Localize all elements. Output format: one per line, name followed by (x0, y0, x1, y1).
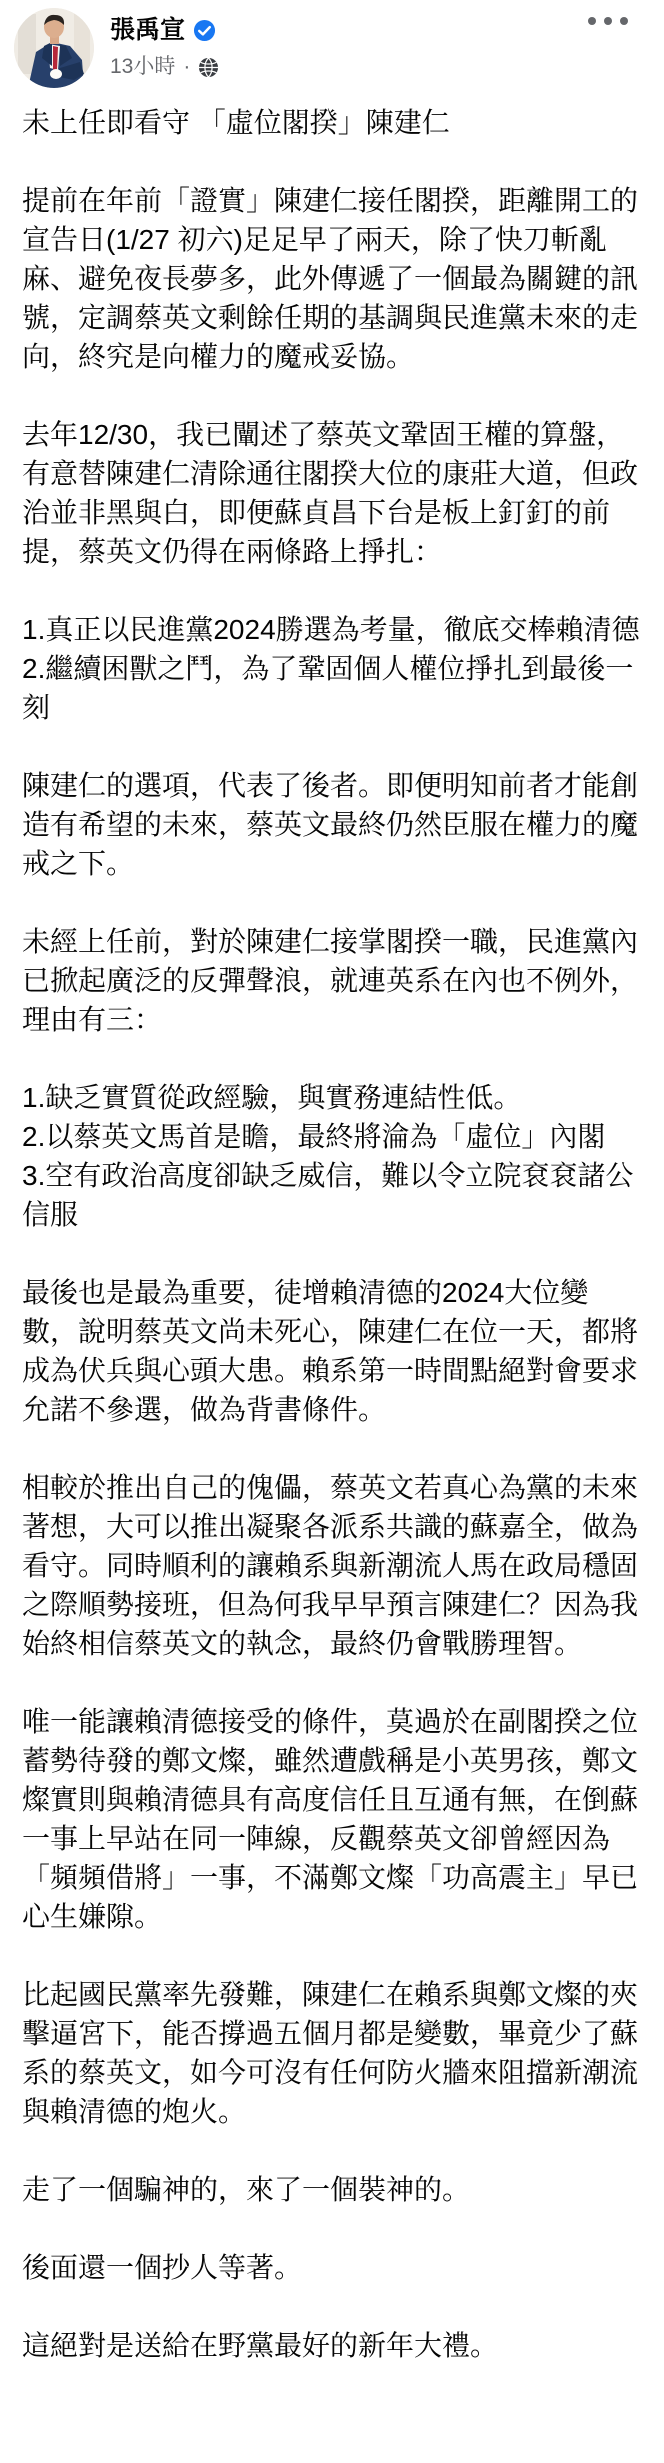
verified-badge-icon (193, 19, 216, 42)
more-options-button[interactable] (584, 13, 632, 29)
post-paragraph: 唯一能讓賴清德接受的條件，莫過於在副閣揆之位蓄勢待發的鄭文燦，雖然遭戲稱是小英男… (22, 1702, 643, 1936)
post-timestamp[interactable]: 13小時 (110, 55, 175, 79)
facebook-post: 張禹宣 13小時 · (0, 0, 664, 2383)
post-paragraph: 去年12/30，我已闡述了蔡英文鞏固王權的算盤，有意替陳建仁清除通往閣揆大位的康… (22, 415, 643, 571)
post-paragraph: 陳建仁的選項，代表了後者。即便明知前者才能創造有希望的未來，蔡英文最終仍然臣服在… (22, 766, 643, 883)
post-paragraph: 未經上任前，對於陳建仁接掌閣揆一職，民進黨內已掀起廣泛的反彈聲浪，就連英系在內也… (22, 922, 643, 1039)
meta-separator: · (183, 55, 190, 79)
post-paragraph: 最後也是最為重要，徒增賴清德的2024大位變數，說明蔡英文尚未死心，陳建仁在位一… (22, 1273, 643, 1429)
post-header: 張禹宣 13小時 · (0, 0, 664, 88)
post-paragraph: 相較於推出自己的傀儡，蔡英文若真心為黨的未來著想，大可以推出凝聚各派系共識的蘇嘉… (22, 1468, 643, 1663)
header-text: 張禹宣 13小時 · (110, 8, 219, 79)
post-paragraph: 這絕對是送給在野黨最好的新年大禮。 (22, 2326, 643, 2365)
post-paragraph: 比起國民黨率先發難，陳建仁在賴系與鄭文燦的夾擊逼宮下，能否撐過五個月都是變數，畢… (22, 1975, 643, 2131)
post-paragraph: 1.真正以民進黨2024勝選為考量，徹底交棒賴清德 2.繼續困獸之鬥，為了鞏固個… (22, 610, 643, 727)
globe-icon (198, 57, 219, 78)
profile-avatar[interactable] (14, 8, 94, 88)
more-options-icon (620, 17, 628, 25)
post-paragraph: 1.缺乏實質從政經驗，與實務連結性低。 2.以蔡英文馬首是瞻，最終將淪為「虛位」… (22, 1078, 643, 1234)
post-body: 未上任即看守 「虛位閣揆」陳建仁 提前在年前「證實」陳建仁接任閣揆，距離開工的宣… (0, 88, 664, 2383)
more-options-icon (588, 17, 596, 25)
author-name[interactable]: 張禹宣 (110, 15, 185, 45)
post-paragraph: 後面還一個抄人等著。 (22, 2248, 643, 2287)
post-paragraphs: 提前在年前「證實」陳建仁接任閣揆，距離開工的宣告日(1/27 初六)足足早了兩天… (22, 181, 643, 2365)
post-paragraph: 走了一個騙神的，來了一個裝神的。 (22, 2170, 643, 2209)
more-options-icon (604, 17, 612, 25)
avatar-image (14, 8, 94, 88)
post-title: 未上任即看守 「虛位閣揆」陳建仁 (22, 103, 643, 142)
post-paragraph: 提前在年前「證實」陳建仁接任閣揆，距離開工的宣告日(1/27 初六)足足早了兩天… (22, 181, 643, 376)
